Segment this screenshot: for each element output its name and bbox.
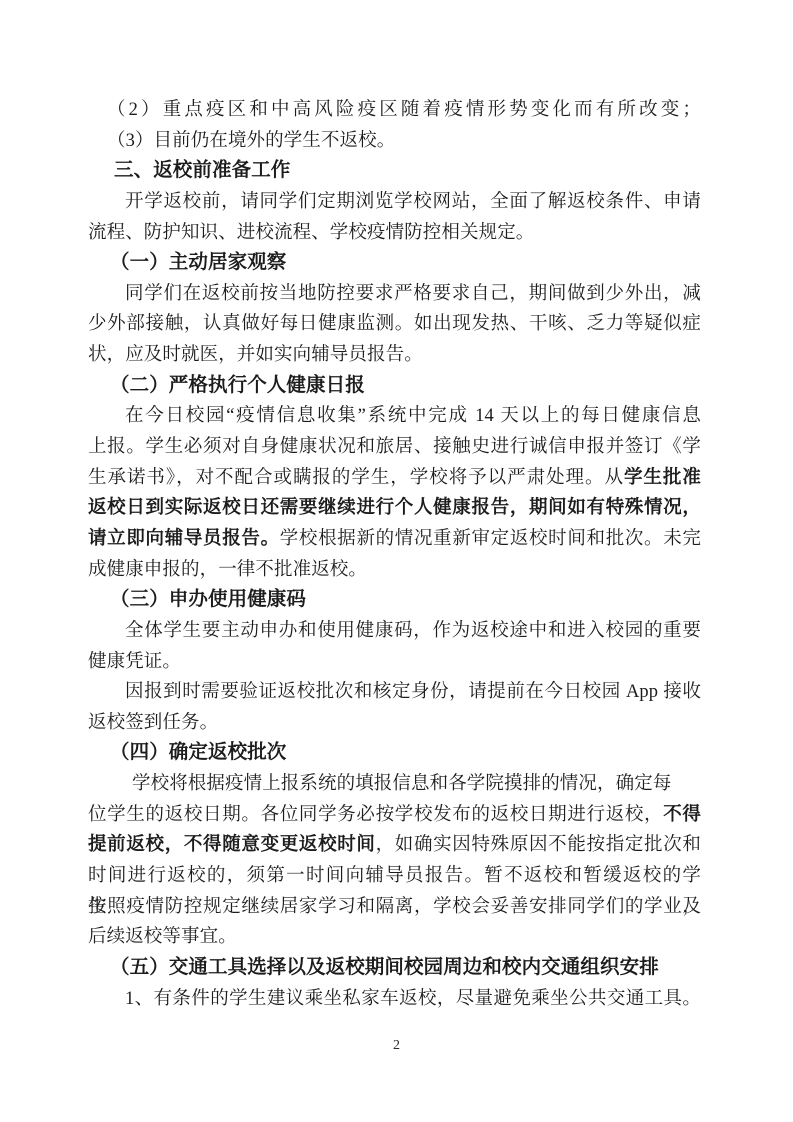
text-line: 健康凭证。 [88,647,701,678]
text-line: 返校签到任务。 [88,708,701,739]
text-segment: ，如确实因特殊原因不能按指定批次和 [376,835,701,855]
text-line: 状，应及时就医，并如实向辅导员报告。 [88,340,701,371]
text-segment: 成健康申报的，一律不批准返校。 [88,560,367,580]
heading-line: 三、返校前准备工作 [88,156,701,187]
text-line: 时间进行返校的，须第一时间向辅导员报告。暂不返校和暂缓返校的学生， [88,861,701,892]
text-line: （2）重点疫区和中高风险疫区随着疫情形势变化而有所改变； [88,95,701,126]
text-line: 开学返校前，请同学们定期浏览学校网站，全面了解返校条件、申请 [88,187,701,218]
text-segment: 学校将根据疫情上报系统的填报信息和各学院摸排的情况，确定每 [132,774,671,794]
heading-line: （四）确定返校批次 [88,738,701,769]
text-segment: 位学生的返校日期。各位同学务必按学校发布的返校日期进行返校， [88,805,663,825]
text-line: 返校日到实际返校日还需要继续进行个人健康报告，期间如有特殊情况， [88,493,701,524]
text-segment: （二）严格执行个人健康日报 [110,375,365,396]
text-line: 在今日校园“疫情信息收集”系统中完成 14 天以上的每日健康信息 [88,401,701,432]
text-segment: 三、返校前准备工作 [114,160,290,181]
text-segment: 生承诺书》，对不配合或瞒报的学生，学校将予以严肃处理。从 [88,468,624,488]
text-line: 成健康申报的，一律不批准返校。 [88,555,701,586]
heading-line: （一）主动居家观察 [88,248,701,279]
heading-line: （五）交通工具选择以及返校期间校园周边和校内交通组织安排 [88,953,701,984]
text-segment: 返校日到实际返校日还需要继续进行个人健康报告，期间如有特殊情况， [88,498,701,518]
text-segment: 提前返校，不得随意变更返校时间 [88,835,376,855]
text-segment: 请立即向辅导员报告。 [88,529,280,549]
text-segment: 后续返校等事宜。 [88,927,237,947]
text-line: 同学们在返校前按当地防控要求严格要求自己，期间做到少外出，减 [88,279,701,310]
document-page: （2）重点疫区和中高风险疫区随着疫情形势变化而有所改变；（3）目前仍在境外的学生… [0,0,793,1122]
text-segment: （五）交通工具选择以及返校期间校园周边和校内交通组织安排 [110,957,659,978]
text-line: 提前返校，不得随意变更返校时间，如确实因特殊原因不能按指定批次和 [88,830,701,861]
text-segment: （三）申办使用健康码 [110,589,306,610]
heading-line: （二）严格执行个人健康日报 [88,371,701,402]
text-segment: 学生批准 [624,468,701,488]
page-number: 2 [0,1036,793,1056]
text-line: 流程、防护知识、进校流程、学校疫情防控相关规定。 [88,218,701,249]
document-body: （2）重点疫区和中高风险疫区随着疫情形势变化而有所改变；（3）目前仍在境外的学生… [88,95,701,1014]
text-segment: 上报。学生必须对自身健康状况和旅居、接触史进行诚信申报并签订《学 [88,437,701,457]
text-segment: 流程、防护知识、进校流程、学校疫情防控相关规定。 [88,223,534,243]
text-segment: 返校签到任务。 [88,713,218,733]
text-segment: 健康凭证。 [88,652,181,672]
text-line: 1、有条件的学生建议乘坐私家车返校，尽量避免乘坐公共交通工具。 [88,984,701,1015]
text-segment: 按照疫情防控规定继续居家学习和隔离，学校会妥善安排同学们的学业及 [88,897,701,917]
text-segment: （2）重点疫区和中高风险疫区随着疫情形势变化而有所改变； [107,100,701,120]
text-segment: 学校根据新的情况重新审定返校时间和批次。未完 [280,529,701,549]
text-segment: 少外部接触，认真做好每日健康监测。如出现发热、干咳、乏力等疑似症 [88,314,701,334]
text-segment: 同学们在返校前按当地防控要求严格要求自己，期间做到少外出，减 [125,284,701,304]
text-line: 后续返校等事宜。 [88,922,701,953]
text-segment: 不得 [663,805,701,825]
text-line: 全体学生要主动申办和使用健康码，作为返校途中和进入校园的重要 [88,616,701,647]
text-line: 位学生的返校日期。各位同学务必按学校发布的返校日期进行返校，不得 [88,800,701,831]
text-segment: 开学返校前，请同学们定期浏览学校网站，全面了解返校条件、申请 [125,192,701,212]
text-line: 因报到时需要验证返校批次和核定身份，请提前在今日校园 App 接收 [88,677,701,708]
text-line: 生承诺书》，对不配合或瞒报的学生，学校将予以严肃处理。从学生批准 [88,463,701,494]
text-line: （3）目前仍在境外的学生不返校。 [88,126,701,157]
text-line: 上报。学生必须对自身健康状况和旅居、接触史进行诚信申报并签订《学 [88,432,701,463]
text-segment: （四）确定返校批次 [110,742,286,763]
text-segment: （3）目前仍在境外的学生不返校。 [107,131,395,151]
text-line: 请立即向辅导员报告。学校根据新的情况重新审定返校时间和批次。未完 [88,524,701,555]
heading-line: （三）申办使用健康码 [88,585,701,616]
text-segment: 在今日校园“疫情信息收集”系统中完成 14 天以上的每日健康信息 [125,406,701,426]
text-segment: 状，应及时就医，并如实向辅导员报告。 [88,345,423,365]
text-segment: 因报到时需要验证返校批次和核定身份，请提前在今日校园 App 接收 [125,682,701,702]
text-segment: 全体学生要主动申办和使用健康码，作为返校途中和进入校园的重要 [125,621,701,641]
text-line: 按照疫情防控规定继续居家学习和隔离，学校会妥善安排同学们的学业及 [88,892,701,923]
text-segment: （一）主动居家观察 [110,252,286,273]
text-line: 少外部接触，认真做好每日健康监测。如出现发热、干咳、乏力等疑似症 [88,309,701,340]
text-segment: 1、有条件的学生建议乘坐私家车返校，尽量避免乘坐公共交通工具。 [125,989,701,1009]
text-line: 学校将根据疫情上报系统的填报信息和各学院摸排的情况，确定每 [88,769,701,800]
